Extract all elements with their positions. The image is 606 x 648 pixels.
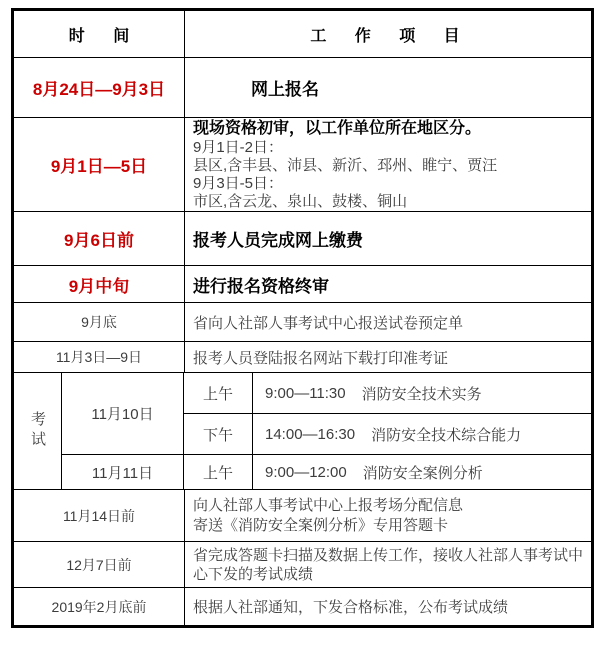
session-subject: 消防安全技术综合能力 [371,424,521,445]
session-time: 9:00—11:30 [265,385,346,402]
time-cell: 8月24日—9月3日 [14,58,185,117]
row-paper-order: 9月底 省向人社部人事考试中心报送试卷预定单 [14,302,591,341]
schedule-table: 时 间 工 作 项 目 8月24日—9月3日 网上报名 9月1日—5日 现场资格… [11,8,594,628]
header-row: 时 间 工 作 项 目 [14,11,591,57]
date-text: 12月7日前 [66,555,131,575]
period-cell: 上午 [184,373,253,413]
task-text: 网上报名 [251,75,319,100]
task-text: 省完成答题卡扫描及数据上传工作，接收人社部人事考试中心下发的考试成绩 [193,546,585,584]
period-text: 下午 [203,424,233,445]
task-cell: 根据人社部通知，下发合格标准，公布考试成绩 [185,588,591,625]
exam-date-cell: 11月11日 [62,455,184,489]
time-cell: 2019年2月底前 [14,588,185,625]
page: 时 间 工 作 项 目 8月24日—9月3日 网上报名 9月1日—5日 现场资格… [0,0,606,648]
row-payment: 9月6日前 报考人员完成网上缴费 [14,211,591,265]
task-cell: 报考人员登陆报名网站下载打印准考证 [185,342,591,372]
task-cell: 现场资格初审，以工作单位所在地区分。 9月1日-2日： 县区,含丰县、沛县、新沂… [185,118,591,211]
task-cell: 向人社部人事考试中心上报考场分配信息 寄送《消防安全案例分析》专用答题卡 [185,490,591,541]
task-line: 县区,含丰县、沛县、新沂、邳州、睢宁、贾汪 [193,157,497,175]
task-line: 9月1日-2日： [193,139,283,157]
date-text: 11月10日 [91,403,153,424]
task-line: 向人社部人事考试中心上报考场分配信息 [193,496,463,516]
row-print-ticket: 11月3日—9日 报考人员登陆报名网站下载打印准考证 [14,341,591,372]
time-header-label: 时 间 [57,23,141,46]
exam-sessions: 上午 9:00—12:00 消防安全案例分析 [184,455,591,489]
row-publish-results: 2019年2月底前 根据人社部通知，下发合格标准，公布考试成绩 [14,587,591,625]
period-cell: 下午 [184,414,253,454]
exam-section: 考试 11月10日 上午 9:00—11:30 消 [14,372,591,489]
row-seat-allocation: 11月14日前 向人社部人事考试中心上报考场分配信息 寄送《消防安全案例分析》专… [14,489,591,541]
session-detail-cell: 9:00—11:30 消防安全技术实务 [253,373,591,413]
row-online-registration: 8月24日—9月3日 网上报名 [14,57,591,117]
date-text: 11月11日 [92,462,153,483]
session-detail-cell: 14:00—16:30 消防安全技术综合能力 [253,414,591,454]
date-text: 8月24日—9月3日 [33,75,165,100]
task-title: 现场资格初审，以工作单位所在地区分。 [193,119,481,139]
row-scan-upload: 12月7日前 省完成答题卡扫描及数据上传工作，接收人社部人事考试中心下发的考试成… [14,541,591,587]
time-cell: 9月6日前 [14,212,185,265]
task-text: 报考人员完成网上缴费 [193,226,363,251]
task-text: 省向人社部人事考试中心报送试卷预定单 [193,312,463,333]
row-final-review: 9月中旬 进行报名资格终审 [14,265,591,302]
time-cell: 11月3日—9日 [14,342,185,372]
date-text: 2019年2月底前 [52,597,147,617]
exam-days: 11月10日 上午 9:00—11:30 消防安全技术实务 [62,373,591,489]
session-time: 9:00—12:00 [265,464,347,481]
session-subject: 消防安全技术实务 [362,383,482,404]
exam-day-nov10: 11月10日 上午 9:00—11:30 消防安全技术实务 [62,373,591,454]
task-line: 寄送《消防安全案例分析》专用答题卡 [193,516,448,536]
date-text: 9月中旬 [69,272,129,297]
task-cell: 进行报名资格终审 [185,266,591,302]
time-cell: 11月14日前 [14,490,185,541]
session-subject: 消防安全案例分析 [363,462,483,483]
period-text: 上午 [203,462,233,483]
time-cell: 9月底 [14,303,185,341]
task-text: 根据人社部通知，下发合格标准，公布考试成绩 [193,596,508,617]
task-text: 进行报名资格终审 [193,272,329,297]
task-cell: 报考人员完成网上缴费 [185,212,591,265]
task-line: 市区,含云龙、泉山、鼓楼、铜山 [193,193,407,211]
period-cell: 上午 [184,455,253,489]
exam-date-cell: 11月10日 [62,373,184,454]
date-text: 9月1日—5日 [51,152,147,177]
session-detail-cell: 9:00—12:00 消防安全案例分析 [253,455,591,489]
task-cell: 省完成答题卡扫描及数据上传工作，接收人社部人事考试中心下发的考试成绩 [185,542,591,587]
session-morning: 上午 9:00—12:00 消防安全案例分析 [184,455,591,489]
date-text: 9月6日前 [64,226,134,251]
session-morning: 上午 9:00—11:30 消防安全技术实务 [184,373,591,413]
task-cell: 网上报名 [185,58,591,117]
task-cell: 省向人社部人事考试中心报送试卷预定单 [185,303,591,341]
header-task-cell: 工 作 项 目 [185,11,591,57]
time-cell: 9月中旬 [14,266,185,302]
row-onsite-review: 9月1日—5日 现场资格初审，以工作单位所在地区分。 9月1日-2日： 县区,含… [14,117,591,211]
date-text: 9月底 [81,312,117,332]
time-cell: 9月1日—5日 [14,118,185,211]
exam-label: 考试 [27,411,48,451]
period-text: 上午 [203,383,233,404]
session-time: 14:00—16:30 [265,426,355,443]
exam-sessions: 上午 9:00—11:30 消防安全技术实务 下午 [184,373,591,454]
exam-day-nov11: 11月11日 上午 9:00—12:00 消防安全案例分析 [62,454,591,489]
task-text: 报考人员登陆报名网站下载打印准考证 [193,347,448,368]
exam-label-cell: 考试 [14,373,62,489]
session-afternoon: 下午 14:00—16:30 消防安全技术综合能力 [184,413,591,454]
task-header-label: 工 作 项 目 [298,23,471,46]
header-time-cell: 时 间 [14,11,185,57]
time-cell: 12月7日前 [14,542,185,587]
task-line: 9月3日-5日： [193,175,283,193]
date-text: 11月14日前 [63,506,135,526]
date-text: 11月3日—9日 [56,347,142,367]
